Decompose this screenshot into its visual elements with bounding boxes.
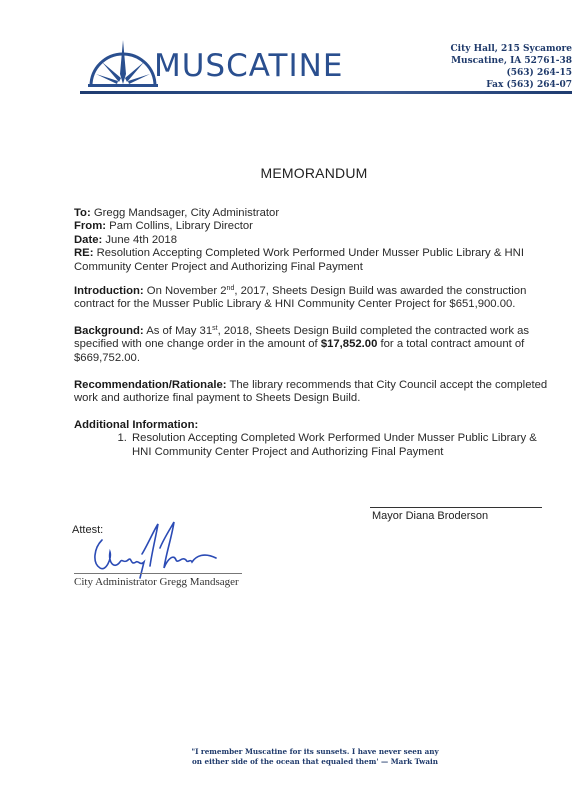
from-line: From: Pam Collins, Library Director <box>74 220 554 233</box>
list-item: Resolution Accepting Completed Work Perf… <box>130 432 554 459</box>
administrator-signature-line <box>74 573 242 574</box>
brand-name: MUSCATINE <box>154 51 343 82</box>
background-section: Background: As of May 31st, 2018, Sheets… <box>74 325 554 365</box>
introduction-section: Introduction: On November 2nd, 2017, She… <box>74 285 554 312</box>
recommendation-section: Recommendation/Rationale: The library re… <box>74 379 554 406</box>
handwritten-signature <box>92 518 222 580</box>
administrator-name: City Administrator Gregg Mandsager <box>74 576 239 588</box>
city-hall-address: City Hall, 215 Sycamore Muscatine, IA 52… <box>442 43 572 91</box>
header-rule <box>80 91 572 94</box>
address-line: Fax (563) 264-07 <box>442 79 572 91</box>
date-line: Date: June 4th 2018 <box>74 234 554 247</box>
attachments-list: Resolution Accepting Completed Work Perf… <box>74 432 554 459</box>
address-line: City Hall, 215 Sycamore <box>442 43 572 55</box>
footer-quote: "I remember Muscatine for its sunsets. I… <box>0 747 572 767</box>
muscatine-logo: MUSCATINE <box>88 38 348 88</box>
mayor-name: Mayor Diana Broderson <box>372 510 488 522</box>
additional-information-section: Additional Information: Resolution Accep… <box>74 419 554 459</box>
memo-title: MEMORANDUM <box>0 165 572 181</box>
address-line: (563) 264-15 <box>442 67 572 79</box>
mayor-signature-line <box>370 507 542 508</box>
address-line: Muscatine, IA 52761-38 <box>442 55 572 67</box>
memo-header: To: Gregg Mandsager, City Administrator … <box>74 207 554 274</box>
re-line: RE: Resolution Accepting Completed Work … <box>74 247 554 274</box>
sunrise-compass-icon <box>88 38 158 88</box>
to-line: To: Gregg Mandsager, City Administrator <box>74 207 554 220</box>
memo-page: MUSCATINE City Hall, 215 Sycamore Muscat… <box>0 0 572 800</box>
change-order-amount: $17,852.00 <box>321 338 378 350</box>
